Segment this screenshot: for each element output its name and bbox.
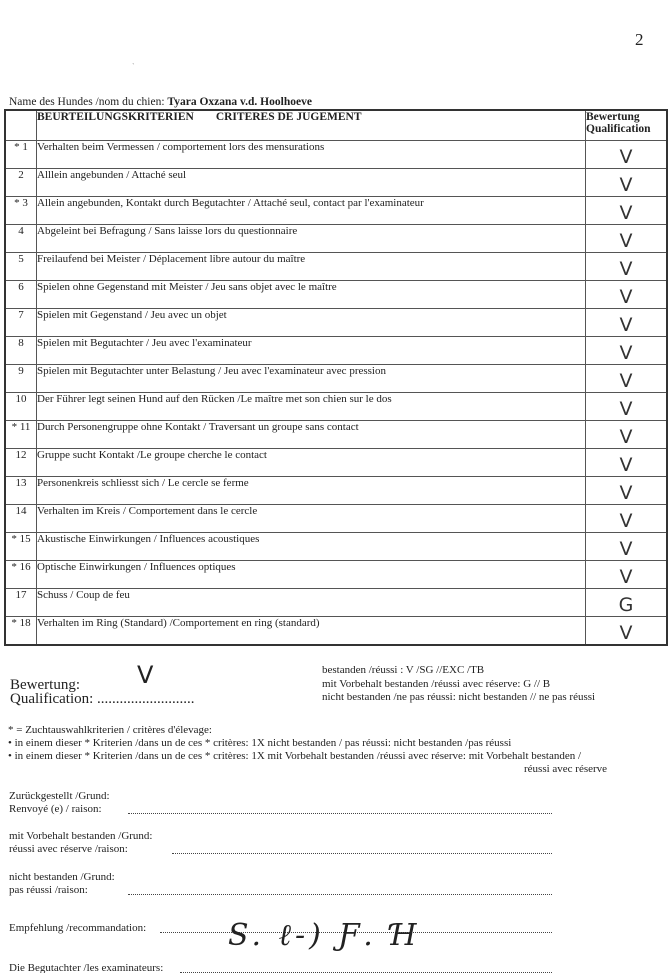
criterion-mark: V [586,225,668,253]
table-row: * 11Durch Personengruppe ohne Kontakt / … [5,421,667,449]
criterion-number: 5 [5,253,37,281]
table-row: 12Gruppe sucht Kontakt /Le groupe cherch… [5,449,667,477]
dog-name: Tyara Oxzana v.d. Hoolhoeve [167,96,312,108]
criterion-number: 10 [5,393,37,421]
examiners-line[interactable] [180,962,552,973]
criterion-number: 7 [5,309,37,337]
criterion-number: * 16 [5,561,37,589]
criterion-text: Verhalten im Kreis / Comportement dans l… [37,505,586,533]
table-row: * 18Verhalten im Ring (Standard) /Compor… [5,617,667,646]
criterion-text: Spielen mit Begutachter / Jeu avec l'exa… [37,337,586,365]
criterion-text: Freilaufend bei Meister / Déplacement li… [37,253,586,281]
criterion-mark: G [586,589,668,617]
table-row: 7Spielen mit Gegenstand / Jeu avec un ob… [5,309,667,337]
criteria-table: BEURTEILUNGSKRITERIENCRITERES DE JUGEMEN… [4,109,668,646]
table-header: BEURTEILUNGSKRITERIENCRITERES DE JUGEMEN… [5,110,667,141]
criterion-mark: V [586,365,668,393]
criterion-number: 13 [5,477,37,505]
criterion-mark: V [586,449,668,477]
overall-qualification: Bewertung: Qualification: ..............… [10,678,195,706]
examiner-signatures: S. ℓ-) Ƒ. Ɦ [228,918,420,953]
failed-field: nicht bestanden /Grund: pas réussi /rais… [9,871,115,897]
criterion-mark: V [586,533,668,561]
header-qualification: Bewertung Qualification [586,110,668,141]
criterion-number: * 1 [5,141,37,169]
criterion-mark: V [586,505,668,533]
page-number: 2 [635,30,644,50]
header-num [5,110,37,141]
criterion-mark: V [586,309,668,337]
failed-reason-line[interactable] [128,884,552,895]
reserve-reason-line[interactable] [172,843,552,854]
criterion-number: 12 [5,449,37,477]
table-row: 4Abgeleint bei Befragung / Sans laisse l… [5,225,667,253]
reserve-field: mit Vorbehalt bestanden /Grund: réussi a… [9,830,153,856]
criterion-text: Gruppe sucht Kontakt /Le groupe cherche … [37,449,586,477]
criterion-mark: V [586,393,668,421]
criterion-text: Optische Einwirkungen / Influences optiq… [37,561,586,589]
criterion-number: 17 [5,589,37,617]
criterion-mark: V [586,617,668,646]
grading-legend: bestanden /réussi : V /SG //EXC /TB mit … [322,664,595,705]
criterion-text: Alllein angebunden / Attaché seul [37,169,586,197]
criterion-text: Spielen mit Begutachter unter Belastung … [37,365,586,393]
criterion-number: * 11 [5,421,37,449]
deferred-field: Zurückgestellt /Grund: Renvoyé (e) / rai… [9,790,110,816]
criterion-number: 9 [5,365,37,393]
table-row: 9Spielen mit Begutachter unter Belastung… [5,365,667,393]
table-row: 6Spielen ohne Gegenstand mit Meister / J… [5,281,667,309]
dog-name-label: Name des Hundes /nom du chien: [9,96,165,108]
deferred-reason-line[interactable] [128,803,552,814]
table-row: * 3Allein angebunden, Kontakt durch Begu… [5,197,667,225]
table-row: 5Freilaufend bei Meister / Déplacement l… [5,253,667,281]
table-row: 2Alllein angebunden / Attaché seulV [5,169,667,197]
criterion-number: 2 [5,169,37,197]
criterion-number: 14 [5,505,37,533]
scan-speck: ` [132,62,135,71]
criterion-text: Spielen ohne Gegenstand mit Meister / Je… [37,281,586,309]
criterion-mark: V [586,253,668,281]
recommendation-label: Empfehlung /recommandation: [9,922,146,935]
criterion-mark: V [586,477,668,505]
criterion-number: * 15 [5,533,37,561]
table-row: * 16Optische Einwirkungen / Influences o… [5,561,667,589]
table-row: * 1Verhalten beim Vermessen / comporteme… [5,141,667,169]
criterion-number: 4 [5,225,37,253]
criterion-text: Der Führer legt seinen Hund auf den Rück… [37,393,586,421]
table-row: * 15Akustische Einwirkungen / Influences… [5,533,667,561]
criterion-mark: V [586,337,668,365]
criterion-number: 8 [5,337,37,365]
criterion-text: Spielen mit Gegenstand / Jeu avec un obj… [37,309,586,337]
criterion-text: Durch Personengruppe ohne Kontakt / Trav… [37,421,586,449]
criterion-mark: V [586,421,668,449]
criterion-number: * 3 [5,197,37,225]
criterion-text: Personenkreis schliesst sich / Le cercle… [37,477,586,505]
criterion-mark: V [586,141,668,169]
table-row: 8Spielen mit Begutachter / Jeu avec l'ex… [5,337,667,365]
criterion-mark: V [586,561,668,589]
criterion-text: Verhalten im Ring (Standard) /Comporteme… [37,617,586,646]
criterion-text: Akustische Einwirkungen / Influences aco… [37,533,586,561]
breeding-notes: * = Zuchtauswahlkriterien / critères d'é… [8,724,607,776]
header-criteria: BEURTEILUNGSKRITERIENCRITERES DE JUGEMEN… [37,110,586,141]
criterion-text: Schuss / Coup de feu [37,589,586,617]
criterion-text: Allein angebunden, Kontakt durch Begutac… [37,197,586,225]
criterion-mark: V [586,281,668,309]
criterion-mark: V [586,169,668,197]
criterion-number: * 18 [5,617,37,646]
examiners-label: Die Begutachter /les examinateurs: [9,962,163,973]
table-row: 14Verhalten im Kreis / Comportement dans… [5,505,667,533]
table-row: 17Schuss / Coup de feuG [5,589,667,617]
criterion-number: 6 [5,281,37,309]
table-row: 13Personenkreis schliesst sich / Le cerc… [5,477,667,505]
criterion-text: Abgeleint bei Befragung / Sans laisse lo… [37,225,586,253]
dog-name-line: Name des Hundes /nom du chien: Tyara Oxz… [9,96,312,108]
criterion-mark: V [586,197,668,225]
table-row: 10Der Führer legt seinen Hund auf den Rü… [5,393,667,421]
criterion-text: Verhalten beim Vermessen / comportement … [37,141,586,169]
overall-mark: V [137,668,153,682]
